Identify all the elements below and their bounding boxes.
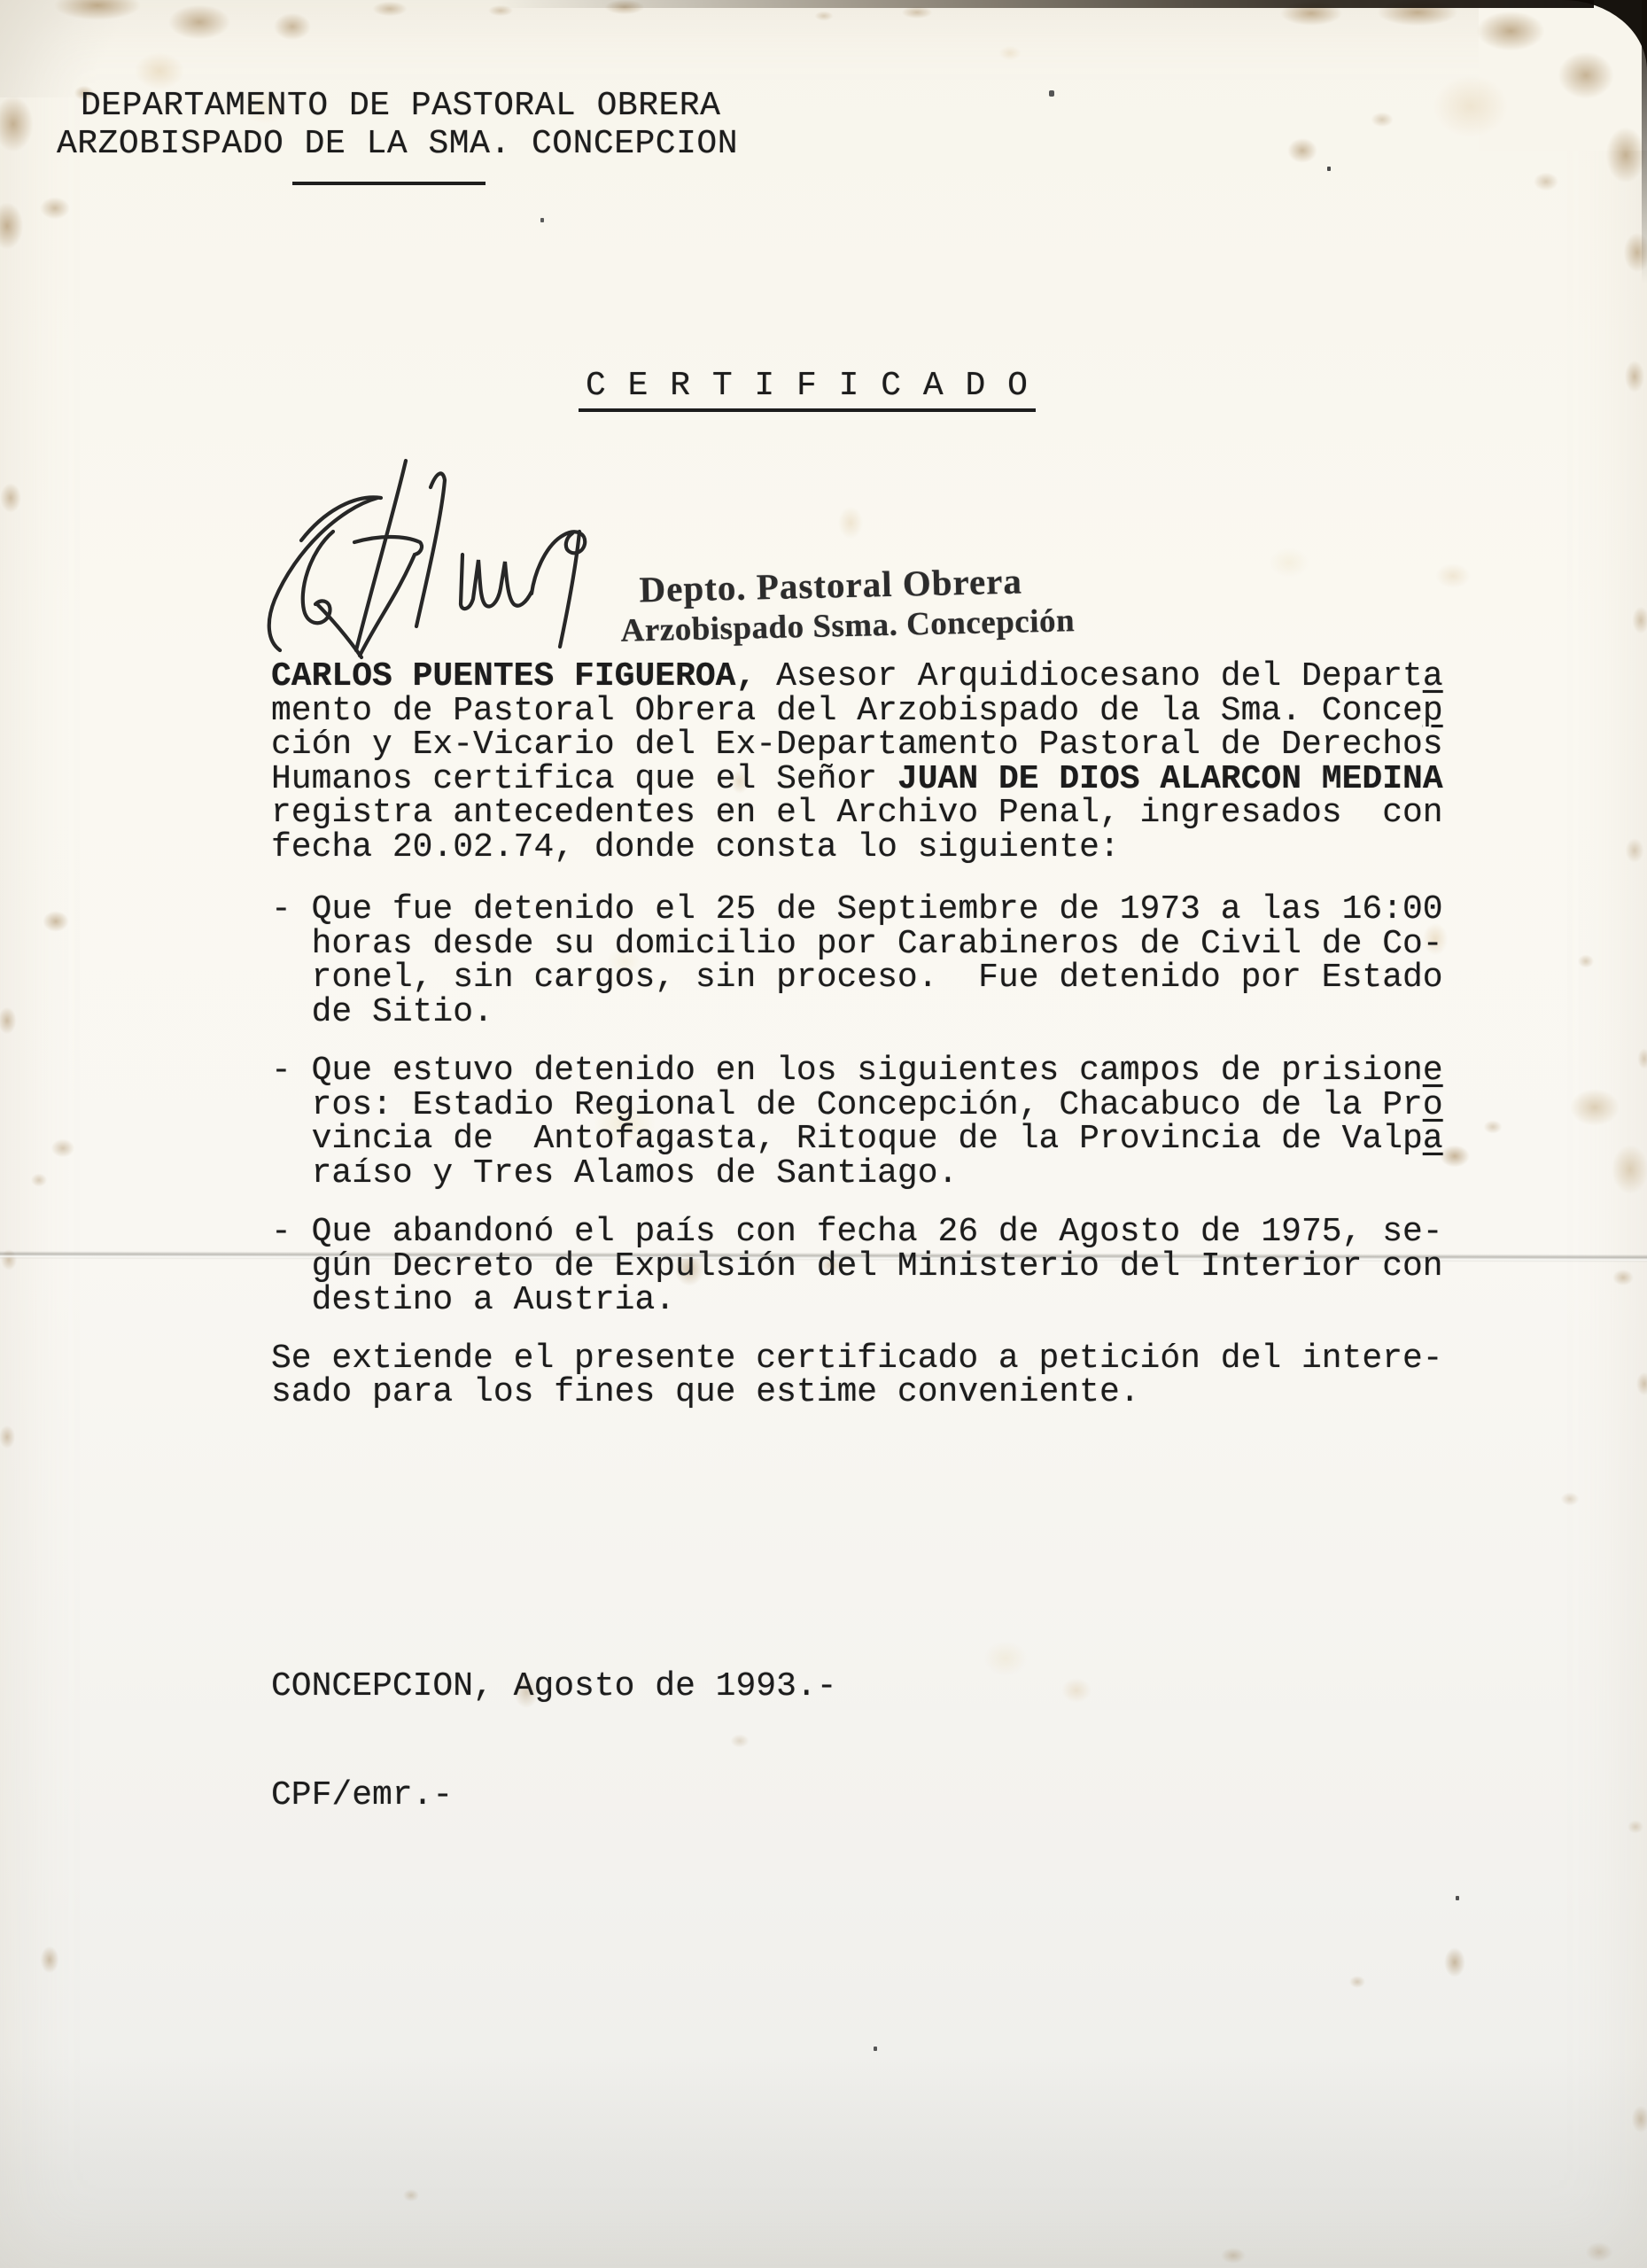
date-line: CONCEPCION, Agosto de 1993.-	[271, 1670, 1476, 1705]
text-line: mento de Pastoral Obrera del Arzobispado…	[271, 695, 1476, 729]
signature-stroke	[354, 537, 422, 656]
intro-paragraph: CARLOS PUENTES FIGUEROA, Asesor Arquidio…	[271, 660, 1476, 865]
letterhead-line-2: ARZOBISPADO DE LA SMA. CONCEPCION	[57, 125, 738, 163]
date-line-block: CONCEPCION, Agosto de 1993.-	[271, 1670, 1476, 1705]
text-line: sado para los fines que estime convenien…	[271, 1376, 1476, 1410]
text-line: destino a Austria.	[271, 1284, 1476, 1318]
scan-right-edge-shadow	[1642, 0, 1647, 283]
scan-bottom-shade	[0, 2055, 1647, 2268]
text-line: ción y Ex-Vicario del Ex-Departamento Pa…	[271, 728, 1476, 763]
signature-stroke	[560, 532, 579, 647]
text-line: horas desde su domicilio por Carabineros…	[271, 928, 1476, 962]
text-line: registra antecedentes en el Archivo Pena…	[271, 796, 1476, 831]
text-line: vincia de Antofagasta, Ritoque de la Pro…	[271, 1122, 1476, 1157]
bullet-item-3: - Que abandonó el país con fecha 26 de A…	[271, 1216, 1476, 1318]
initials-line-block: CPF/emr.-	[271, 1779, 1476, 1814]
text-line: - Que fue detenido el 25 de Septiembre d…	[271, 893, 1476, 928]
letterhead-underline	[292, 182, 486, 185]
text-line: de Sitio.	[271, 996, 1476, 1030]
bullet-item-1: - Que fue detenido el 25 de Septiembre d…	[271, 893, 1476, 1029]
dust-specks	[1327, 167, 1331, 171]
signature-stroke	[356, 461, 406, 650]
text-line: Se extiende el presente certificado a pe…	[271, 1342, 1476, 1377]
text-line: Humanos certifica que el Señor JUAN DE D…	[271, 763, 1476, 797]
scan-top-edge-shadow	[496, 0, 1594, 8]
signature-stroke	[301, 497, 381, 540]
letterhead: DEPARTAMENTO DE PASTORAL OBRERA ARZOBISP…	[57, 87, 738, 163]
closing-paragraph: Se extiende el presente certificado a pe…	[271, 1342, 1476, 1410]
text-line: - Que abandonó el país con fecha 26 de A…	[271, 1216, 1476, 1250]
text-line: - Que estuvo detenido en los siguientes …	[271, 1054, 1476, 1089]
scanned-certificate-page: DEPARTAMENTO DE PASTORAL OBRERA ARZOBISP…	[0, 0, 1647, 2268]
text-line: ronel, sin cargos, sin proceso. Fue dete…	[271, 961, 1476, 996]
text-line: raíso y Tres Alamos de Santiago.	[271, 1157, 1476, 1192]
letterhead-line-1: DEPARTAMENTO DE PASTORAL OBRERA	[57, 87, 738, 125]
certificate-title: C E R T I F I C A D O	[579, 372, 1036, 412]
text-line: fecha 20.02.74, donde consta lo siguient…	[271, 831, 1476, 866]
text-line: ros: Estadio Regional de Concepción, Cha…	[271, 1089, 1476, 1123]
text-line: CARLOS PUENTES FIGUEROA, Asesor Arquidio…	[271, 660, 1476, 695]
initials-line: CPF/emr.-	[271, 1779, 1476, 1814]
ink-stamp: Depto. Pastoral Obrera Arzobispado Ssma.…	[619, 556, 1076, 650]
bullet-item-2: - Que estuvo detenido en los siguientes …	[271, 1054, 1476, 1191]
body-text: CARLOS PUENTES FIGUEROA, Asesor Arquidio…	[271, 660, 1476, 1814]
text-line: gún Decreto de Expulsión del Ministerio …	[271, 1250, 1476, 1285]
signature-stroke	[461, 555, 532, 609]
